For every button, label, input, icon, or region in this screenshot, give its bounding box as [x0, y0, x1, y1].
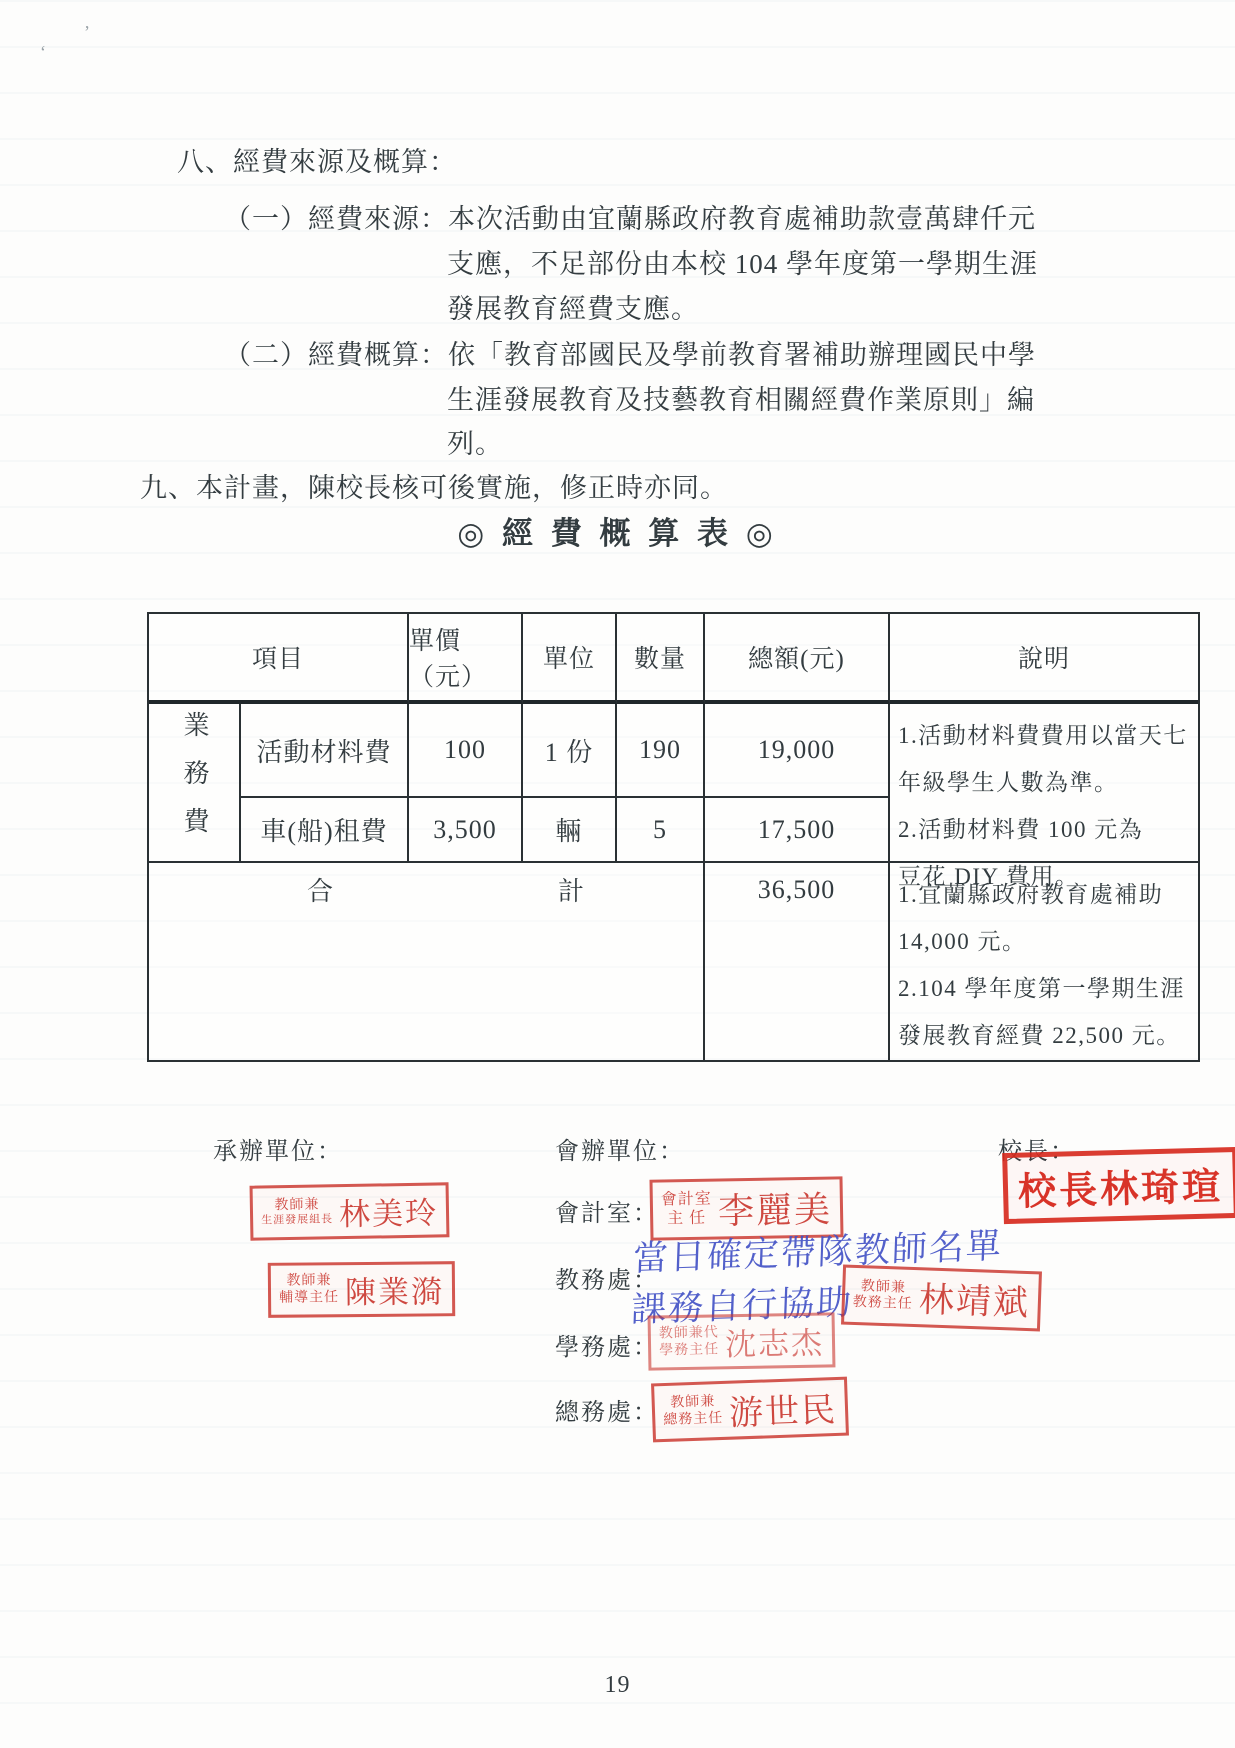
- row2-total: 17,500: [705, 798, 890, 863]
- section8-item1-line2: 支應，不足部份由本校 104 學年度第一學期生涯: [447, 242, 1038, 281]
- scanned-document-page: ’ ‘ 八、經費來源及概算： （一）經費來源：本次活動由宜蘭縣政府教育處補助款壹…: [0, 0, 1235, 1748]
- stamp-role-top: 教師兼: [279, 1274, 339, 1291]
- stamp-name: 陳業漪: [345, 1266, 444, 1312]
- rows-note-cell: 1.活動材料費費用以當天七 年級學生人數為準。 2.活動材料費 100 元為 豆…: [890, 704, 1198, 863]
- stamp-role-top: 會計室: [661, 1191, 712, 1210]
- row2-item: 車(船)租費: [241, 798, 409, 863]
- undertaker-stamp-2: 教師兼 輔導主任 陳業漪: [268, 1261, 455, 1318]
- stamp-name: 游世民: [728, 1382, 838, 1435]
- row2-unit-price: 3,500: [409, 798, 523, 863]
- section8-item1-line3: 發展教育經費支應。: [447, 287, 699, 326]
- scan-artifact: ’: [84, 22, 90, 43]
- section8-heading: 八、經費來源及概算：: [177, 140, 457, 179]
- general-stamp: 教師兼 總務主任 游世民: [651, 1377, 849, 1443]
- general-office-label: 總務處：: [555, 1392, 659, 1427]
- header-note: 說明: [890, 614, 1198, 704]
- section8-item2-label: （二）經費概算：: [224, 340, 448, 370]
- page-number: 19: [0, 1672, 1235, 1699]
- sum-label-he: 合: [307, 871, 334, 908]
- category-label: 業務費: [181, 711, 207, 855]
- header-unit-price: 單價（元）: [409, 614, 523, 704]
- section8-item1-line1: （一）經費來源：本次活動由宜蘭縣政府教育處補助款壹萬肆仟元: [224, 197, 1036, 236]
- sum-note-cell: 1.宜蘭縣政府教育處補助 14,000 元。 2.104 學年度第一學期生涯 發…: [890, 863, 1198, 1060]
- stamp-role-bottom: 輔導主任: [279, 1290, 339, 1307]
- rows-note-line: 2.活動材料費 100 元為: [898, 806, 1143, 853]
- sum-note-line: 14,000 元。: [898, 918, 1027, 965]
- stamp-name: 林靖斌: [918, 1272, 1031, 1326]
- stamp-name: 林美玲: [339, 1187, 439, 1234]
- section8-item2-line2: 生涯發展教育及技藝教育相關經費作業原則」編: [447, 378, 1035, 417]
- section8-item1-label: （一）經費來源：: [224, 204, 448, 234]
- category-cell: 業務費: [149, 704, 241, 863]
- header-total: 總額(元): [705, 614, 890, 704]
- accounting-office-label: 會計室：: [555, 1193, 659, 1228]
- undertaker-label: 承辦單位：: [213, 1131, 343, 1166]
- sum-note-line: 發展教育經費 22,500 元。: [898, 1012, 1181, 1059]
- category-vertical-text: 業務費: [181, 711, 207, 855]
- header-quantity: 數量: [617, 614, 705, 704]
- row1-item: 活動材料費: [241, 704, 409, 798]
- row1-total: 19,000: [705, 704, 890, 798]
- budget-table: 項目 單價（元） 單位 數量 總額(元) 說明 業務費 活動材料費 100 1 …: [147, 612, 1200, 1062]
- undertaker-stamp-1: 教師兼 生涯發展組長 林美玲: [250, 1182, 450, 1240]
- student-office-label: 學務處：: [555, 1327, 659, 1362]
- row2-quantity: 5: [617, 798, 705, 863]
- sum-label-ji: 計: [558, 871, 585, 908]
- rows-note-line: 年級學生人數為準。: [898, 759, 1119, 806]
- section8-item1-text: 本次活動由宜蘭縣政府教育處補助款壹萬肆仟元: [448, 204, 1036, 234]
- stamp-role: 教師兼 輔導主任: [279, 1274, 339, 1307]
- budget-table-title: ◎ 經 費 概 算 表 ◎: [0, 508, 1235, 553]
- sum-total: 36,500: [705, 863, 890, 1060]
- stamp-role-bottom: 總務主任: [663, 1410, 724, 1428]
- stamp-role-bottom: 生涯發展組長: [261, 1214, 333, 1228]
- row1-unit-price: 100: [409, 704, 523, 798]
- row2-unit: 輛: [523, 798, 617, 863]
- stamp-role-bottom: 教務主任: [852, 1295, 913, 1313]
- sum-note-line: 1.宜蘭縣政府教育處補助: [898, 871, 1163, 918]
- section8-item2-line1: （二）經費概算：依「教育部國民及學前教育署補助辦理國民中學: [224, 333, 1036, 372]
- stamp-role: 教師兼代 學務主任: [659, 1326, 720, 1359]
- stamp-name: 沈志杰: [725, 1318, 825, 1365]
- section8-item2-text: 依「教育部國民及學前教育署補助辦理國民中學: [448, 340, 1036, 370]
- section8-item2-line3: 列。: [447, 422, 503, 461]
- stamp-role: 會計室 主 任: [661, 1191, 713, 1229]
- header-item: 項目: [149, 614, 409, 704]
- stamp-role-top: 教師兼代: [659, 1326, 719, 1343]
- row1-quantity: 190: [617, 704, 705, 798]
- student-stamp: 教師兼代 學務主任 沈志杰: [648, 1312, 836, 1370]
- scan-artifact: ‘: [40, 42, 46, 63]
- section9-line: 九、本計畫，陳校長核可後實施，修正時亦同。: [140, 466, 728, 505]
- principal-stamp: 校長林琦瑄: [1002, 1147, 1235, 1224]
- stamp-role-top: 教師兼: [261, 1197, 333, 1214]
- rows-note-line: 1.活動材料費費用以當天七: [898, 712, 1188, 759]
- stamp-role: 教師兼 教務主任: [852, 1279, 913, 1313]
- sum-note-line: 2.104 學年度第一學期生涯: [898, 965, 1185, 1012]
- co-organizer-label: 會辦單位：: [555, 1131, 685, 1166]
- sum-label-cell: 合 計: [149, 863, 705, 1060]
- stamp-name: 李麗美: [718, 1182, 833, 1235]
- row1-unit: 1 份: [523, 704, 617, 798]
- stamp-role-bottom: 主 任: [661, 1209, 712, 1228]
- stamp-role: 教師兼 總務主任: [662, 1394, 723, 1428]
- header-unit: 單位: [523, 614, 617, 704]
- stamp-role-bottom: 學務主任: [659, 1342, 719, 1359]
- academic-stamp: 教師兼 教務主任 林靖斌: [841, 1265, 1042, 1332]
- stamp-role: 教師兼 生涯發展組長: [261, 1197, 333, 1227]
